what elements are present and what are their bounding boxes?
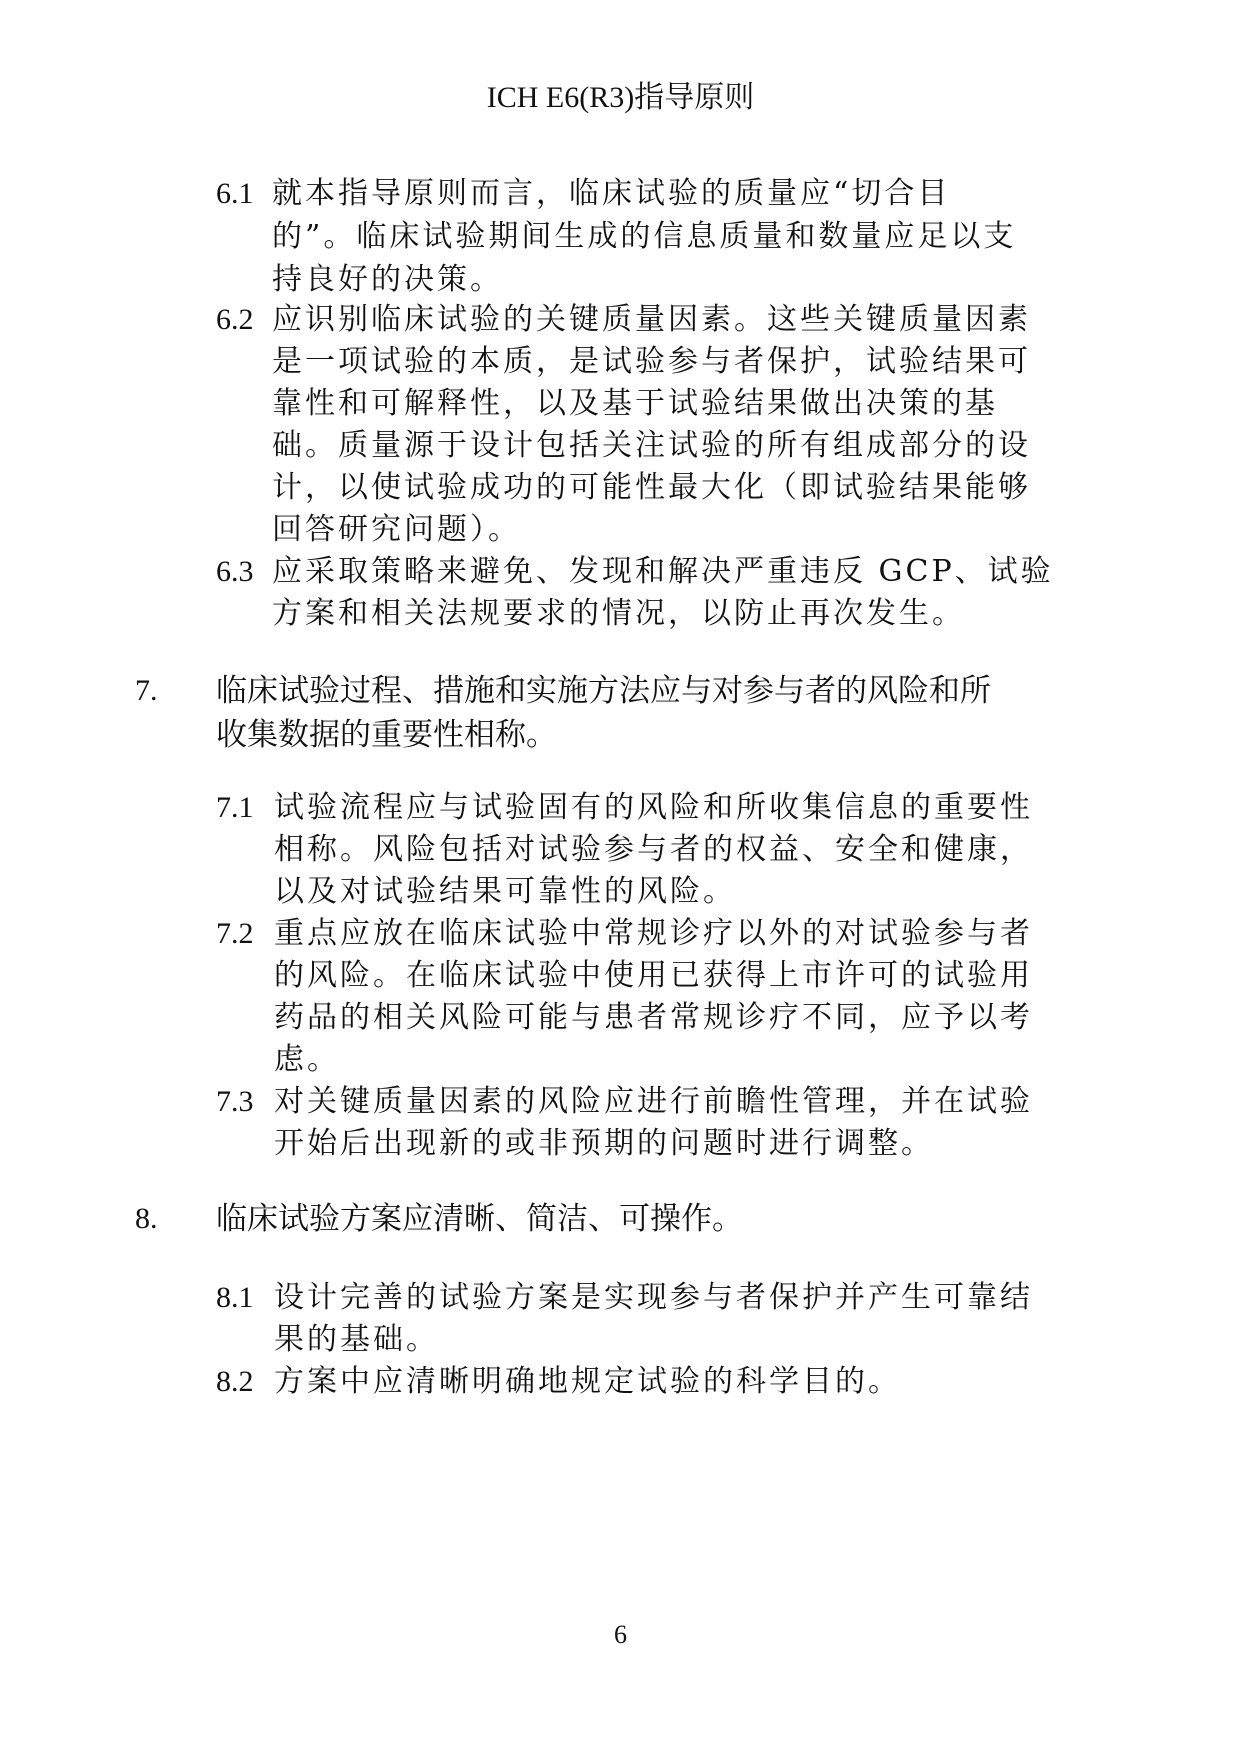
item-text-line: 试验流程应与试验固有的风险和所收集信息的重要性 (274, 790, 1033, 826)
item-text-line: 方案中应清晰明确地规定试验的科学目的。 (274, 1364, 901, 1400)
item-text-line: 相称。风险包括对试验参与者的权益、安全和健康， (274, 832, 1033, 868)
item-number: 7.1 (216, 790, 254, 826)
item-number: 7.3 (216, 1084, 254, 1120)
item-text-line: 方案和相关法规要求的情况，以防止再次发生。 (272, 596, 965, 632)
item-text-line: 药品的相关风险可能与患者常规诊疗不同，应予以考 (274, 1000, 1033, 1036)
item-text-line: 果的基础。 (274, 1322, 439, 1358)
item-text-line: 应采取策略来避免、发现和解决严重违反 GCP、试验 (272, 554, 1054, 590)
document-header: ICH E6(R3)指导原则 (0, 72, 1241, 116)
section-number: 7. (135, 672, 158, 710)
item-text-line: 就本指导原则而言，临床试验的质量应“切合目 (272, 176, 950, 212)
section-heading-line: 临床试验过程、措施和实施方法应与对参与者的风险和所 (216, 672, 991, 710)
item-text-line: 设计完善的试验方案是实现参与者保护并产生可靠结 (274, 1280, 1033, 1316)
item-number: 6.3 (216, 554, 254, 590)
item-number: 6.1 (216, 176, 254, 212)
section-number: 8. (135, 1200, 158, 1238)
item-text-line: 的”。临床试验期间生成的信息质量和数量应足以支 (272, 219, 1016, 255)
item-text-line: 础。质量源于设计包括关注试验的所有组成部分的设 (272, 428, 1031, 464)
item-number: 8.2 (216, 1364, 254, 1400)
item-text-line: 虑。 (274, 1042, 340, 1078)
section-heading-line: 临床试验方案应清晰、简洁、可操作。 (216, 1200, 743, 1238)
section-heading-line: 收集数据的重要性相称。 (216, 716, 557, 754)
item-text-line: 应识别临床试验的关键质量因素。这些关键质量因素 (272, 302, 1031, 338)
item-text-line: 开始后出现新的或非预期的问题时进行调整。 (274, 1126, 934, 1162)
item-number: 6.2 (216, 302, 254, 338)
item-text-line: 是一项试验的本质，是试验参与者保护，试验结果可 (272, 344, 1031, 380)
item-number: 8.1 (216, 1280, 254, 1316)
item-text-line: 持良好的决策。 (272, 262, 503, 298)
item-text-line: 靠性和可解释性，以及基于试验结果做出决策的基 (272, 386, 998, 422)
item-text-line: 对关键质量因素的风险应进行前瞻性管理，并在试验 (274, 1084, 1033, 1120)
item-text-line: 重点应放在临床试验中常规诊疗以外的对试验参与者 (274, 916, 1033, 952)
item-text-line: 以及对试验结果可靠性的风险。 (274, 874, 736, 910)
item-text-line: 的风险。在临床试验中使用已获得上市许可的试验用 (274, 958, 1033, 994)
item-number: 7.2 (216, 916, 254, 952)
page-number: 6 (0, 1620, 1241, 1650)
item-text-line: 回答研究问题）。 (272, 512, 521, 548)
item-text-line: 计，以使试验成功的可能性最大化（即试验结果能够 (272, 470, 1031, 506)
